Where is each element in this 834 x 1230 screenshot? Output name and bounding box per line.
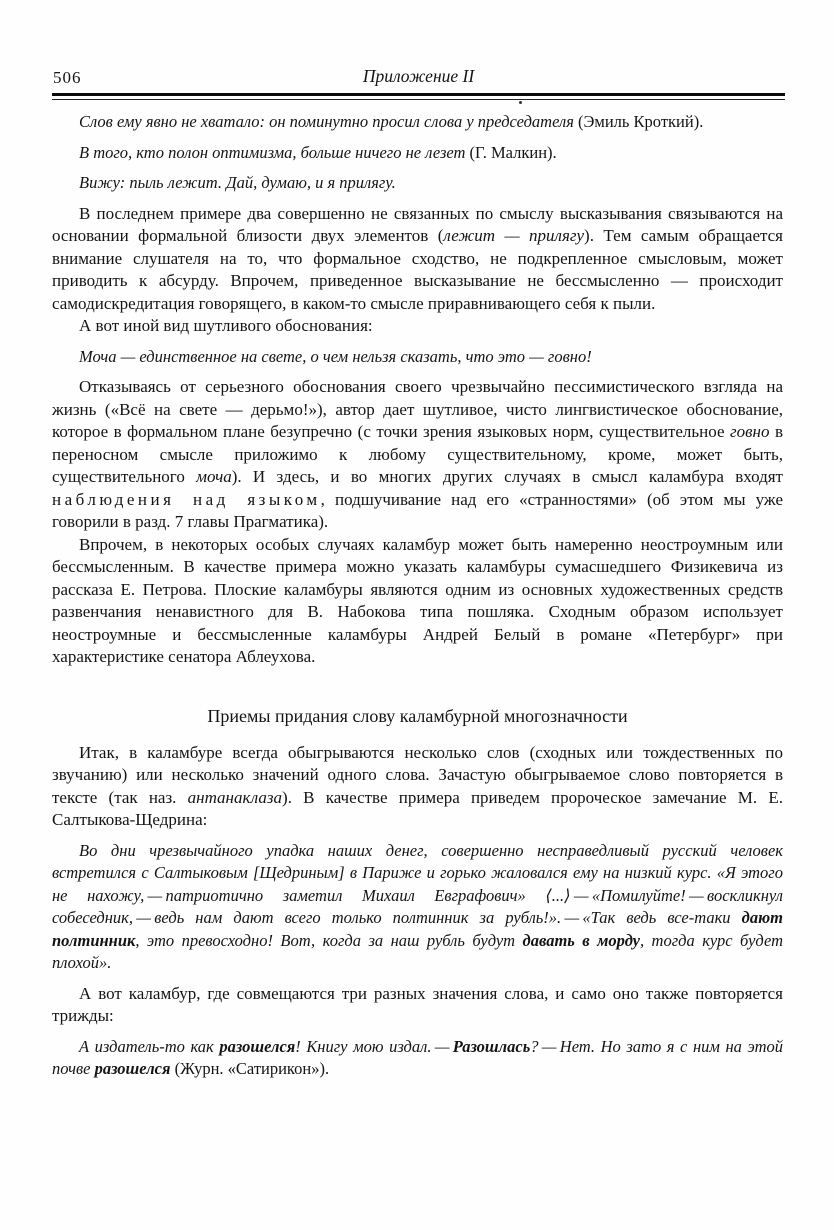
example-block: Вижу: пыль лежит. Дай, думаю, и я приляг… xyxy=(52,172,783,195)
book-page: 506 Приложение II Слов ему явно не хвата… xyxy=(0,0,834,1230)
text-run-italic: Во дни чрезвычайного упадка наших денег,… xyxy=(52,841,783,928)
text-run-normal: Отказываясь от серьезного обоснования св… xyxy=(52,377,783,441)
text-run-italic: , это превосходно! Вот, когда за наш руб… xyxy=(135,931,522,950)
body-paragraph: А вот каламбур, где совмещаются три разн… xyxy=(52,983,783,1028)
text-run-italic: ! Книгу мою издал. — xyxy=(295,1037,452,1056)
text-run-bold-italic: разошелся xyxy=(219,1037,295,1056)
text-run-normal: Приемы придания слову каламбурной многоз… xyxy=(207,706,627,726)
text-run-italic: лежит — прилягу xyxy=(443,226,584,245)
text-run-italic: говно xyxy=(730,422,769,441)
running-title: Приложение II xyxy=(53,66,784,87)
page-header: 506 Приложение II xyxy=(53,66,784,90)
body-paragraph: В последнем примере два совершенно не св… xyxy=(52,203,783,316)
example-block: Слов ему явно не хватало: он поминутно п… xyxy=(52,111,783,134)
scan-speck-dot xyxy=(519,101,522,104)
text-run-normal: А вот каламбур, где совмещаются три разн… xyxy=(52,984,783,1026)
body-paragraph: Впрочем, в некоторых особых случаях кала… xyxy=(52,534,783,669)
text-run-italic: А издатель-то как xyxy=(79,1037,219,1056)
text-run-normal: (Журн. «Сатирикон»). xyxy=(175,1059,329,1078)
text-run-bold-italic: давать в морду xyxy=(523,931,640,950)
text-run-normal: Впрочем, в некоторых особых случаях кала… xyxy=(52,535,783,667)
text-run-italic: Вижу: пыль лежит. Дай, думаю, и я приляг… xyxy=(79,173,396,192)
text-run-italic: моча xyxy=(196,467,232,486)
text-run-bold-italic: Разошлась xyxy=(453,1037,531,1056)
header-rule xyxy=(52,93,785,100)
example-block: В того, кто полон оптимизма, больше ниче… xyxy=(52,142,783,165)
text-run-spaced: наблюдения над языком xyxy=(52,490,321,509)
section-heading: Приемы придания слову каламбурной многоз… xyxy=(52,705,783,728)
body-paragraph: Итак, в каламбуре всегда обыгрываются не… xyxy=(52,742,783,832)
text-run-italic: антанаклаза xyxy=(188,788,282,807)
text-run-italic: В того, кто полон оптимизма, больше ниче… xyxy=(79,143,470,162)
text-run-bold-italic: разошелся xyxy=(95,1059,171,1078)
body-paragraph: А вот иной вид шутливого обоснования: xyxy=(52,315,783,338)
body-paragraph: Отказываясь от серьезного обоснования св… xyxy=(52,376,783,534)
text-run-italic: Слов ему явно не хватало: он поминутно п… xyxy=(79,112,578,131)
text-run-normal: ). И здесь, и во многих других случаях в… xyxy=(232,467,783,486)
text-run-italic: Моча — единственное на свете, о чем нель… xyxy=(79,347,592,366)
text-run-normal: (Эмиль Кроткий). xyxy=(578,112,703,131)
page-content: Слов ему явно не хватало: он поминутно п… xyxy=(52,111,783,1089)
text-run-normal: (Г. Малкин). xyxy=(470,143,557,162)
text-run-normal: А вот иной вид шутливого обоснования: xyxy=(79,316,373,335)
example-block: Моча — единственное на свете, о чем нель… xyxy=(52,346,783,369)
example-block: А издатель-то как разошелся! Книгу мою и… xyxy=(52,1036,783,1081)
example-block: Во дни чрезвычайного упадка наших денег,… xyxy=(52,840,783,975)
